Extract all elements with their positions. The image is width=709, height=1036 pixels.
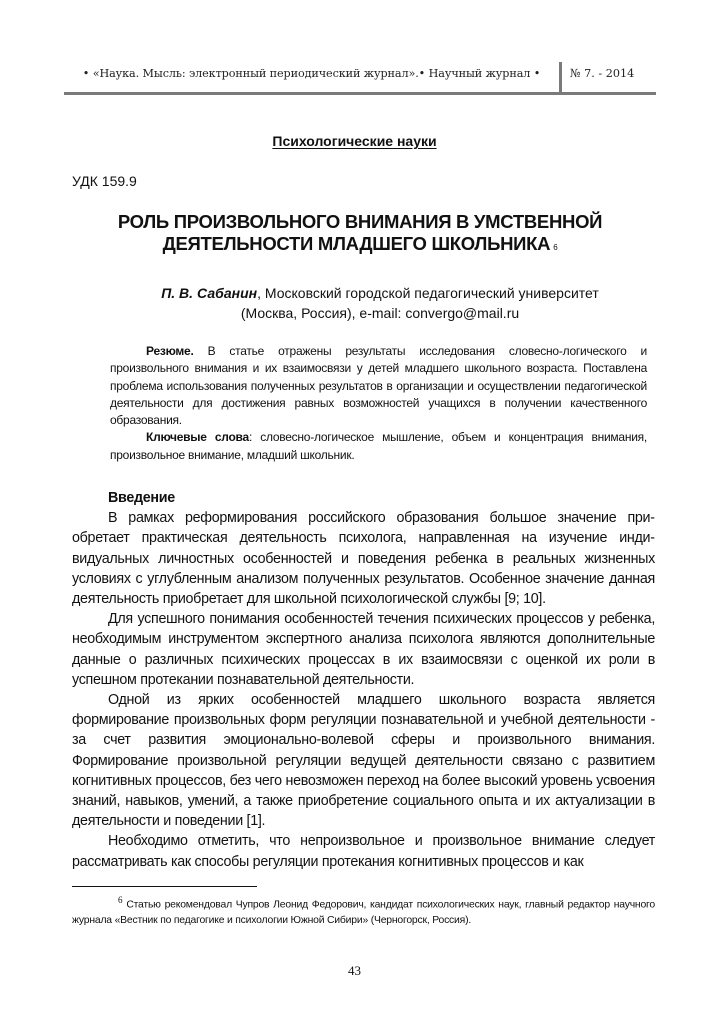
document-page: • «Наука. Мысль: электронный периодическ…: [0, 0, 709, 1036]
footnote: 6Статью рекомендовал Чупров Леонид Федор…: [72, 893, 655, 928]
page-number: 43: [0, 963, 709, 979]
journal-name: • «Наука. Мысль: электронный периодическ…: [64, 67, 559, 80]
footnote-number: 6: [118, 895, 122, 905]
abstract-keywords: Ключевые слова: словесно-логическое мышл…: [110, 429, 647, 464]
author-affiliation: , Московский городской педагогический ун…: [257, 285, 599, 301]
article-title: РОЛЬ ПРОИЗВОЛЬНОГО ВНИМАНИЯ В УМСТВЕННОЙ…: [80, 211, 640, 259]
title-line-2: ДЕЯТЕЛЬНОСТИ МЛАДШЕГО ШКОЛЬНИКА6: [80, 233, 640, 259]
article-body: Введение В рамках реформирования российс…: [72, 488, 655, 872]
section-title: Психологические науки: [0, 133, 709, 149]
paragraph: В рамках реформирования российского обра…: [72, 508, 655, 609]
footnote-rule: [72, 886, 257, 887]
paragraph: Для успешного понимания особенностей теч…: [72, 609, 655, 690]
abstract-summary: Резюме. В статье отражены результаты исс…: [110, 343, 647, 429]
paragraph: Одной из ярких особенностей младшего шко…: [72, 690, 655, 831]
title-line-1: РОЛЬ ПРОИЗВОЛЬНОГО ВНИМАНИЯ В УМСТВЕННОЙ: [80, 211, 640, 233]
author-block: П. В. Сабанин, Московский городской педа…: [80, 283, 680, 323]
author-location-email: (Москва, Россия), e-mail: convergo@mail.…: [80, 303, 680, 323]
section-heading: Введение: [72, 488, 655, 508]
running-header: • «Наука. Мысль: электронный периодическ…: [64, 62, 656, 90]
author-name: П. В. Сабанин: [161, 285, 257, 301]
paragraph: Необходимо отметить, что непроизвольное …: [72, 831, 655, 871]
keywords-label: Ключевые слова: [146, 430, 249, 444]
abstract-label: Резюме.: [146, 344, 194, 358]
footnote-text: Статью рекомендовал Чупров Леонид Федоро…: [72, 899, 655, 926]
issue-number: № 7. - 2014: [570, 67, 634, 80]
footnote-marker[interactable]: 6: [553, 243, 557, 252]
abstract: Резюме. В статье отражены результаты исс…: [110, 343, 647, 464]
header-separator: [559, 62, 562, 92]
header-rule: [64, 92, 656, 95]
udk-code: УДК 159.9: [72, 173, 137, 189]
